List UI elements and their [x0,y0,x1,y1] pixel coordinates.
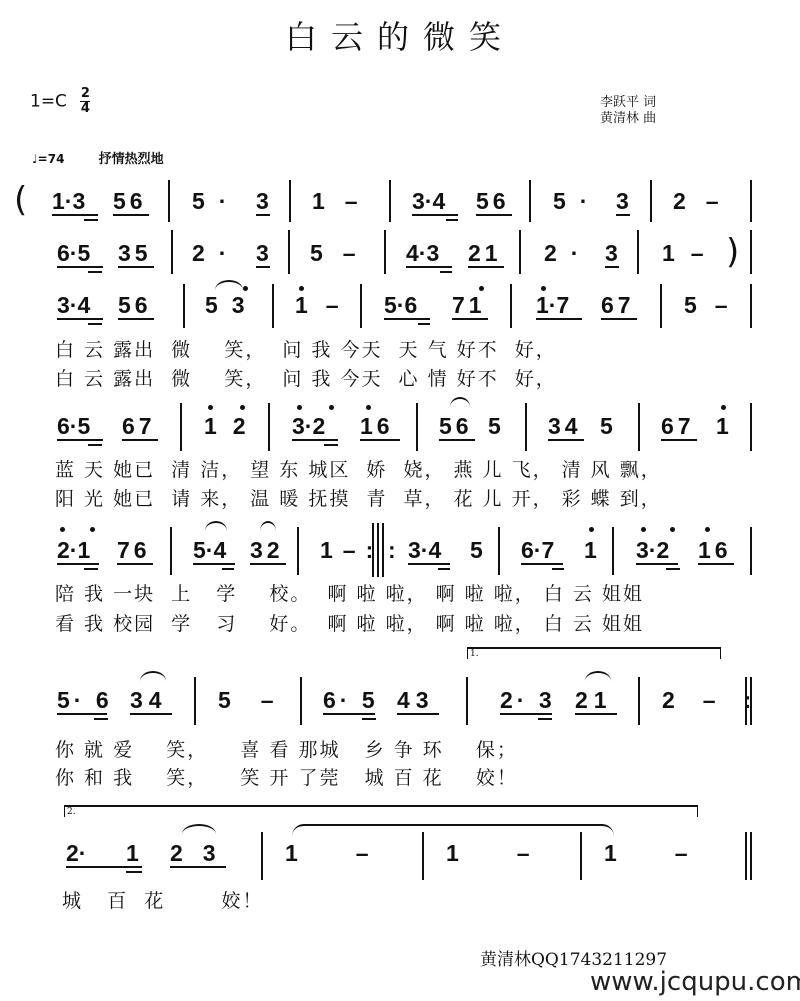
barline [750,230,752,274]
notes: 16 [698,537,732,563]
underline [193,563,235,565]
lyrics-verse-2: 你 和 我 笑， 笑 开 了莞 城 百 花 姣！ [55,763,518,790]
notes: 2· [192,240,240,266]
high-octave-dot [299,286,304,291]
underline [616,214,630,216]
time-signature: 2 4 [80,88,90,115]
high-octave-dot [208,405,213,410]
staff-row-6: 1. 5· 6 34 5– 6· 5 43 2· 3 21 2–: 你 就 爱 … [0,645,800,785]
notes: 12 [204,413,262,439]
underline [88,444,102,446]
underline [521,563,563,565]
notes: 35 [118,240,152,266]
notes: 2· [544,240,592,266]
underline [476,214,512,216]
slur [140,671,166,681]
notes: 1– [604,840,746,866]
notes: 21 [468,240,502,266]
notes: 71 [452,292,486,318]
close-paren: ) [726,232,739,272]
notes: 23 [170,840,236,866]
notes: 1– [662,240,720,266]
time-top: 2 [80,88,90,100]
final-barline [745,832,747,880]
underline [418,323,430,325]
barline [170,527,172,575]
lyrics-verse-2: 阳 光 她已 请 来， 温 暖 抚摸 青 草， 花 儿 开， 彩 蝶 到， [55,484,662,511]
underline [118,318,154,320]
underline [222,568,234,570]
notes: 1– [312,188,378,214]
barline [168,180,170,222]
repeat-barline [745,677,747,725]
high-octave-dot [589,527,594,532]
notes: 5– [310,240,376,266]
barline [300,677,302,725]
underline [324,444,338,446]
barline [194,677,196,725]
underline [88,323,102,325]
key-label: 1=C [30,92,67,112]
notes: 4·3 [406,240,439,266]
notes: 5– [218,687,304,713]
barline [384,230,386,274]
repeat-barline [750,677,752,725]
staff-row-3: 3·4 56 53 1– 5·6 71 1·7 67 5– 白 云 露出 微 笑… [0,280,800,390]
repeat-start: : [388,537,396,563]
underline [57,713,107,715]
underline [439,439,475,441]
notes: 2·1 [57,537,90,563]
high-octave-dot [329,405,334,410]
high-octave-dot [479,286,484,291]
underline [122,439,158,441]
underline [575,713,617,715]
notes: 2– [673,188,739,214]
song-title: 白云的微笑 [0,12,800,58]
underline [666,568,680,570]
barline [529,180,531,222]
high-octave-dot [541,286,546,291]
underline [408,563,450,565]
barline [297,527,299,575]
underline [468,266,504,268]
high-octave-dot [670,527,675,532]
barline [750,527,752,575]
underline [384,318,430,320]
lyrics-verse-1: 白 云 露出 微 笑， 问 我 今天 天 气 好不 好， [55,335,557,362]
underline [440,271,452,273]
barline [660,284,662,328]
underline [452,318,488,320]
staff-row-1: ( 1·3 56 5· 3 1– 3·4 56 5· 3 2– [0,170,800,230]
notes: 6·5 [57,240,90,266]
lyrics-verse-1: 蓝 天 她已 清 洁， 望 东 城区 娇 娆， 燕 儿 飞， 清 风 飘， [55,455,662,482]
underline [57,563,99,565]
barline [750,180,752,222]
barline [268,403,270,451]
high-octave-dot [297,405,302,410]
repeat-barline [377,523,379,577]
high-octave-dot [705,527,710,532]
notes: 3 [616,188,629,214]
underline [362,718,376,720]
staff-row-5: 2·1 76 5·4 32 1–: : 3·4 5 6·7 1 3·2 16 陪… [0,515,800,640]
notes: 56 [476,188,510,214]
underline [538,718,552,720]
underline [94,718,108,720]
tempo-marking: ♩=74 抒情热烈地 [32,148,164,167]
high-octave-dot [243,286,248,291]
barline [360,284,362,328]
notes: 34 [548,413,582,439]
high-octave-dot [641,527,646,532]
notes: 5 [600,413,613,439]
notes: 56 [439,413,473,439]
underline [118,266,154,268]
notes: 5– [684,292,746,318]
open-paren: ( [14,180,27,220]
notes: 67 [122,413,156,439]
notes: 1·3 [52,188,85,214]
underline [661,439,697,441]
underline [256,266,270,268]
barline [580,832,582,880]
underline [548,439,584,441]
underline [117,563,153,565]
notes: 5· [192,188,240,214]
underline [66,866,142,868]
notes: 56 [118,292,152,318]
volta-2: 2. [64,805,698,817]
notes: 5 [470,537,483,563]
high-octave-dot [90,527,95,532]
underline [500,713,552,715]
notes: 1 [716,413,729,439]
repeat-barline [372,523,374,577]
barline [416,403,418,451]
notes: 3·2 [292,413,325,439]
notes: 1 [584,537,597,563]
barline [389,180,391,222]
barline [637,230,639,274]
notes: 3·2 [636,537,669,563]
underline [52,214,98,216]
notes: 43 [397,687,435,713]
lyrics-verse-1: 陪 我 一块 上 学 校。 啊 啦 啦， 啊 啦 啦， 白 云 姐姐 [55,579,644,606]
staff-row-4: 6·5 67 12 3·2 16 56 5 34 5 67 1 蓝 天 她已 清… [0,395,800,510]
staff-row-7: 2. 2· 1 23 1– 1– 1– 城 百 花 姣！ [0,800,800,920]
notes: 6·7 [521,537,554,563]
lyricist: 李跃平 词 [600,95,656,111]
underline [57,439,103,441]
barline [638,403,640,451]
notes: 5· [553,188,601,214]
slur [215,280,243,290]
time-bottom: 4 [80,103,90,115]
underline [412,214,458,216]
barline [612,527,614,575]
high-octave-dot [60,527,65,532]
notes: 5· 6 [57,687,113,713]
notes: 3·4 [408,537,441,563]
slur [260,521,276,531]
underline [130,713,172,715]
notes: 1– [285,840,427,866]
lyrics-verse-1: 你 就 爱 笑， 喜 看 那城 乡 争 环 保； [55,735,518,762]
barline [498,527,500,575]
slur [205,521,227,531]
lyrics-verse-2: 白 云 露出 微 笑， 问 我 今天 心 情 好不 好， [55,364,557,391]
underline [605,266,619,268]
barline [466,677,468,725]
notes: 1·7 [536,292,569,318]
barline [750,284,752,328]
underline [250,563,286,565]
barline [519,230,521,274]
notes: 3·4 [412,188,445,214]
slur [182,824,216,834]
tempo-expression: 抒情热烈地 [99,152,164,167]
underline [446,219,458,221]
underline [323,713,375,715]
underline [636,563,678,565]
underline [84,219,98,221]
underline [360,439,400,441]
barline [525,403,527,451]
notes: 76 [117,537,151,563]
barline [261,832,263,880]
lyrics: 城 百 花 姣！ [62,886,263,913]
notes: 3 [256,188,269,214]
notes: 3·4 [57,292,90,318]
barline [288,230,290,274]
notes: 5·6 [384,292,417,318]
underline [256,214,270,216]
website-watermark: www.jcqupu.com [590,967,800,997]
underline [170,866,226,868]
notes: 6· 5 [323,687,379,713]
underline [397,713,439,715]
barline [650,180,652,222]
barline [272,284,274,328]
staff-row-2: 6·5 35 2· 3 5– 4·3 21 2· 3 1– ) [0,228,800,288]
notes: 1 [126,840,139,866]
slur [585,671,611,681]
underline [536,318,582,320]
underline [406,266,452,268]
notes: 3 [605,240,618,266]
high-octave-dot [721,405,726,410]
underline [126,871,142,873]
notes: 67 [601,292,635,318]
final-barline [750,832,752,880]
underline [88,271,102,273]
tempo-bpm: ♩=74 [32,152,64,166]
notes: 2· 3 [500,687,556,713]
slur [450,397,470,407]
notes: 56 [113,188,147,214]
notes: 32 [250,537,284,563]
notes: 53 [205,292,259,318]
notes: 2–: [662,687,779,713]
underline [552,568,564,570]
lyrics-verse-2: 看 我 校园 学 习 好。 啊 啦 啦， 啊 啦 啦， 白 云 姐姐 [55,609,644,636]
barline [289,180,291,222]
underline [292,439,338,441]
underline [438,568,450,570]
underline [57,318,103,320]
notes: 1– [446,840,588,866]
key-signature: 1=C 2 4 [30,88,90,115]
barline [422,832,424,880]
barline [510,284,512,328]
notes: 16 [360,413,394,439]
tie [292,824,614,838]
notes: 2· [66,840,86,866]
underline [601,318,637,320]
notes: 34 [130,687,168,713]
composer: 黄清林 曲 [600,111,656,127]
repeat-barline [382,523,384,577]
notes: 5·4 [193,537,226,563]
notes: 6·5 [57,413,90,439]
underline [84,568,98,570]
barline [183,284,185,328]
barline [750,403,752,451]
volta-1: 1. [467,647,721,659]
high-octave-dot [366,405,371,410]
underline [57,266,103,268]
underline [113,214,149,216]
notes: 3 [256,240,269,266]
barline [638,677,640,725]
notes: 67 [661,413,695,439]
barline [180,403,182,451]
underline [698,563,734,565]
notes: 21 [575,687,613,713]
notes: 1– [295,292,357,318]
high-octave-dot [240,405,245,410]
notes: 5 [488,413,501,439]
barline [171,230,173,274]
credits: 李跃平 词 黄清林 曲 [600,95,656,127]
